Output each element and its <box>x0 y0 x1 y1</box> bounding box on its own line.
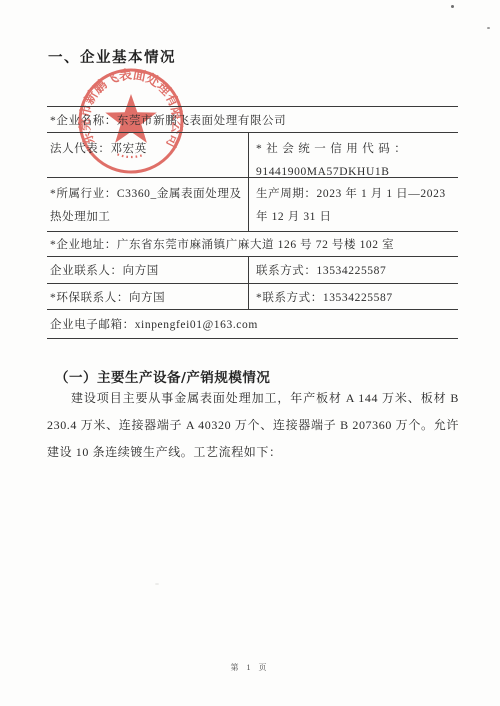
contact-name-cell: 企业联系人：向方国 <box>47 257 248 283</box>
address-cell: *企业地址：广东省东莞市麻涌镇广麻大道 126 号 72 号楼 102 室 <box>47 232 458 256</box>
page-number: 第 1 页 <box>0 662 500 673</box>
email-cell: 企业电子邮箱：xinpengfei01@163.com <box>47 310 458 338</box>
table-row-contact: 企业联系人：向方国 联系方式：13534225587 <box>47 257 458 284</box>
contact-phone-cell: 联系方式：13534225587 <box>248 257 458 283</box>
scan-noise-speck <box>487 27 490 29</box>
credit-code-cell: *社会统一信用代码： 91441900MA57DKHU1B <box>248 133 458 177</box>
table-row-env-contact: *环保联系人：向方国 *联系方式：13534225587 <box>47 284 458 310</box>
project-description-paragraph: 建设项目主要从事金属表面处理加工，年产板材 A 144 万米、板材 B 230.… <box>47 385 459 466</box>
credit-code-label: *社会统一信用代码： <box>256 138 454 161</box>
company-info-table: *企业名称：东莞市新鹏飞表面处理有限公司 法人代表：邓宏英 *社会统一信用代码：… <box>47 106 458 339</box>
company-name-cell: *企业名称：东莞市新鹏飞表面处理有限公司 <box>47 107 458 132</box>
production-period-cell: 生产周期：2023 年 1 月 1 日—2023 年 12 月 31 日 <box>248 178 458 231</box>
table-row-address: *企业地址：广东省东莞市麻涌镇广麻大道 126 号 72 号楼 102 室 <box>47 232 458 257</box>
table-row-email: 企业电子邮箱：xinpengfei01@163.com <box>47 310 458 339</box>
table-row-industry: *所属行业：C3360_金属表面处理及热处理加工 生产周期：2023 年 1 月… <box>47 178 458 232</box>
scan-noise-speck <box>155 583 159 585</box>
env-contact-name-cell: *环保联系人：向方国 <box>47 284 248 309</box>
subsection-title: （一）主要生产设备/产销规模情况 <box>55 366 270 386</box>
scan-noise-speck <box>451 5 454 8</box>
table-row-company-name: *企业名称：东莞市新鹏飞表面处理有限公司 <box>47 107 458 133</box>
table-row-legal-rep: 法人代表：邓宏英 *社会统一信用代码： 91441900MA57DKHU1B <box>47 133 458 178</box>
legal-rep-cell: 法人代表：邓宏英 <box>47 133 248 177</box>
env-contact-phone-cell: *联系方式：13534225587 <box>248 284 458 309</box>
industry-cell: *所属行业：C3360_金属表面处理及热处理加工 <box>47 178 248 231</box>
page-title: 一、企业基本情况 <box>48 46 176 67</box>
scanned-document-page: 一、企业基本情况 东莞市新鹏飞表面处理有限公司 *企业名称：东莞市新鹏飞表面处理… <box>0 0 500 706</box>
